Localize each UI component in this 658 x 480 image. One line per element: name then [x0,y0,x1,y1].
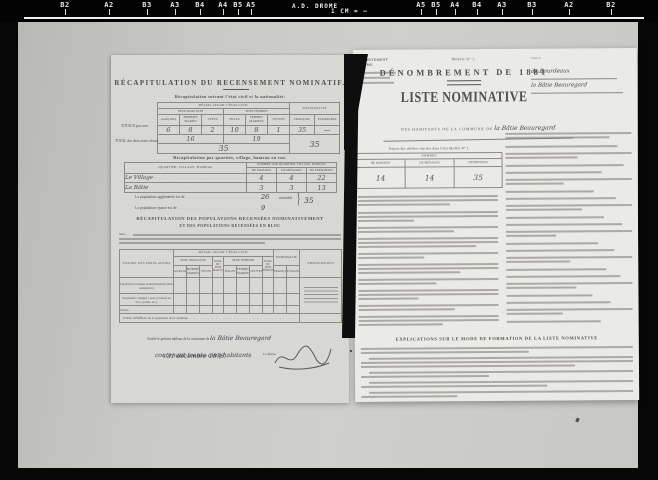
row-label-total: TOTAL des deux sexes réunis [115,139,157,143]
total-female-header: TOTAL du sexe féminin [263,257,274,278]
report-caption: Report des chiffres inscrits dans l'état… [355,146,503,151]
illegible-text-block [505,48,631,49]
microfilm-scan: B2 A2 B3 A3 B4 A4 B5 A5 A5 B5 A4 B4 A3 B… [0,0,658,480]
nationality-header: NATIONALITÉ [290,103,340,115]
value-cell: 35 [290,126,315,135]
pop-agglomeree-label: La population agglomérée est de [135,195,293,199]
title-rule [223,89,249,90]
female-header: SEXE FÉMININ [224,257,263,266]
explanations-heading: EXPLICATIONS SUR LE MODE DE FORMATION DE… [355,335,639,342]
ruler-label: A4 [218,1,227,9]
ruler-label: A2 [564,1,573,9]
hamlet-name: La Bâtie [125,185,149,191]
ruler-label: A5 [246,1,255,9]
scale-label: 1 CM = — [331,8,368,15]
closing-line1: Arrêté le présent tableau de la commune … [147,335,271,342]
closing-line3: le 31 décembre 1876. [163,353,225,360]
ruler-baseline [24,17,644,19]
ruler-label: B3 [142,1,151,9]
subtitle-printed: DES HABITANTS DE LA COMMUNE DE [401,127,493,132]
stub-header: NATURE DES POPULATIONS [120,250,174,278]
nationality-header: NATIONALITÉ [274,250,300,266]
liste-nominative-title: LISTE NOMINATIVE [364,88,564,107]
ensemble-label: ensemble [279,196,292,200]
value-cell: 3 [277,183,307,193]
table-populations: NATURE DES POPULATIONS DÉTAIL SELON L'ÉT… [119,249,342,323]
closing-printed: le [163,355,166,359]
table-nombre: NOMBRE DE MAISONS DE MÉNAGES D'INDIVIDUS… [355,152,502,189]
value-cell: — [315,126,340,135]
ruler-label: B2 [60,1,69,9]
closing-printed: Arrêté le présent tableau de la commune … [147,337,209,341]
ruler-label: A3 [170,1,179,9]
ruler-label: B5 [233,1,242,9]
value-cell: 35 [454,166,502,187]
observations-cell [300,278,342,314]
mayor-signature [271,343,335,371]
col-header: Étrangers [315,115,340,126]
ruler-label: A5 [416,1,425,9]
section3-heading1: RÉCAPITULATION DES POPULATIONS RECENSÉES… [111,216,349,221]
value-cell: 14 [356,167,405,188]
value-cell: 1 [268,126,290,135]
page-liste-nominative: DÉPARTEMENT DRÔME Canton de Bourdeaux Co… [353,48,639,402]
col-header: Femmes mariées [237,266,250,278]
page-recapitulation: RÉCAPITULATION DU RECENSEMENT NOMINATIF.… [111,55,349,403]
table-quartiers: QUARTIER, VILLAGE, HAMEAU NOMBRE, PAR QU… [124,162,337,193]
male-header: SEXE MASCULIN [174,257,213,266]
value-cell: 4 [277,174,307,183]
col-header: Veufs [200,266,213,278]
value-cell: 14 [405,167,454,188]
dust-speck [350,350,352,352]
value-cell: 13 [307,183,337,193]
total-male-header: TOTAL du sexe masculin [213,257,224,278]
col-header: Garçons [174,266,187,278]
ruler-label: B4 [472,1,481,9]
col-header: Français [274,266,287,278]
group-header: NOMBRE, PAR QUARTIER, VILLAGE, HAMEAU [247,163,337,168]
date-script: 31 décembre 1876. [166,353,226,360]
section1-heading: Récapitulation suivant l'état civil et l… [111,94,349,99]
ruler-label: A2 [104,1,113,9]
ensemble-value: 35 [304,196,314,205]
col-header: Français [290,115,315,126]
page-title: RÉCAPITULATION DU RECENSEMENT NOMINATIF. [111,79,349,87]
grand-total: 35 [158,144,290,154]
row-label: Population comptée à part, recensée en b… [120,294,174,306]
ruler-label: B3 [527,1,536,9]
hamlet-name: Le Village [125,175,154,181]
calibration-ruler: B2 A2 B3 A3 B4 A4 B5 A5 A5 B5 A4 B4 A3 B… [0,0,658,22]
section3-heading2: ET DES POPULATIONS RECENSÉES EN BLOC [111,224,349,228]
pop-eparse-value: 9 [261,204,265,212]
table-etat-civil: DÉTAIL SELON L'ÉTAT CIVIL NATIONALITÉ SE… [157,102,340,154]
section2-heading: Récapitulation par quartier, village, ha… [111,155,349,160]
col-header: Veuves [268,115,290,126]
row-label: Population recensée nominativement (list… [120,278,174,294]
ruler-label: B4 [195,1,204,9]
footer-label: TOTAL GÉNÉRAL de la population de la com… [120,314,300,323]
row-label: Totaux [120,306,174,314]
pop-agglomeree-value: 26 [261,193,269,201]
ruler-label: A3 [497,1,506,9]
col-header: Filles [224,266,237,278]
col-header: Hommes mariés [187,266,200,278]
value-cell: 4 [247,174,277,183]
row-label-totaux: TOTAUX par sexe [121,124,157,128]
title-rule [447,80,481,85]
nationality-total: 35 [290,135,340,154]
ensemble-brace: } [297,191,301,208]
ruler-label: A4 [450,1,459,9]
illegible-text-block [357,49,503,50]
col-header: Veuves [250,266,263,278]
commune-script: la Bâtie Beauregard [494,125,556,132]
stub-header: QUARTIER, VILLAGE, HAMEAU [125,163,247,174]
value-cell: 22 [307,174,337,183]
ruler-label: B2 [606,1,615,9]
ruler-label: B5 [431,1,440,9]
commune-name-script: la Bâtie Beauregard [210,335,272,342]
detail-header: DÉTAIL SELON L'ÉTAT CIVIL [174,250,274,257]
value-cell: 3 [247,183,277,193]
col-header: Étrangers [287,266,300,278]
nota-label: Nota. — [119,232,129,236]
observations-header: OBSERVATIONS [300,250,342,278]
